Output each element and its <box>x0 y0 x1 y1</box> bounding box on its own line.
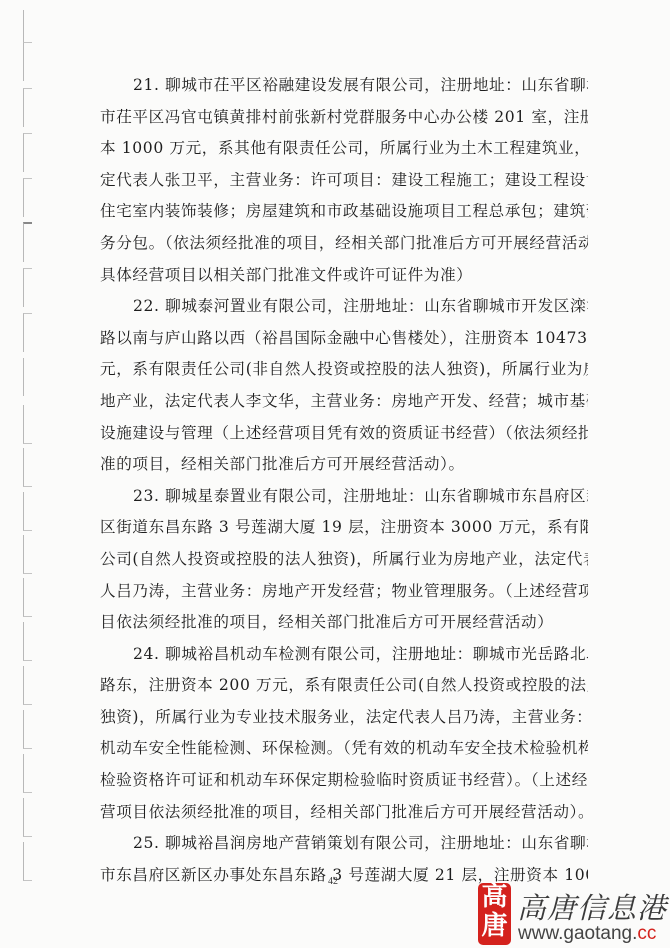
seal-char: 高 <box>478 883 511 912</box>
text-line: 25. 聊城裕昌润房地产营销策划有限公司，注册地址：山东省聊城 <box>100 828 588 860</box>
binding-mark <box>23 754 32 793</box>
binding-mark <box>23 88 32 127</box>
binding-mark <box>23 535 32 574</box>
binding-mark <box>23 405 32 444</box>
binding-mark <box>23 492 32 531</box>
text-line: 22. 聊城泰河置业有限公司，注册地址：山东省聊城市开发区滦河 <box>100 291 588 323</box>
url-main: www.gaotang. <box>518 923 637 944</box>
binding-mark <box>23 313 32 352</box>
seal-char: 唐 <box>478 912 511 941</box>
scanned-page: 21. 聊城市茌平区裕融建设发展有限公司，注册地址：山东省聊城 市茌平区冯官屯镇… <box>0 0 670 948</box>
binding-marks <box>23 0 37 948</box>
text-line: 住宅室内装饰装修；房屋建筑和市政基础设施项目工程总承包；建筑劳 <box>100 196 588 228</box>
binding-mark <box>23 133 32 172</box>
text-line: 设施建设与管理（上述经营项目凭有效的资质证书经营）（依法须经批 <box>100 418 588 450</box>
text-line: 路以南与庐山路以西（裕昌国际金融中心售楼处），注册资本 10473 万 <box>100 323 588 355</box>
text-line: 24. 聊城裕昌机动车检测有限公司，注册地址：聊城市光岳路北段 <box>100 639 588 671</box>
paragraph-24: 24. 聊城裕昌机动车检测有限公司，注册地址：聊城市光岳路北段 路东，注册资本 … <box>100 639 588 829</box>
text-line: 营项目依法须经批准的项目，经相关部门批准后方可开展经营活动）。 <box>100 797 588 829</box>
page-number: 42 <box>328 876 338 887</box>
paragraph-25: 25. 聊城裕昌润房地产营销策划有限公司，注册地址：山东省聊城 市东昌府区新区办… <box>100 828 588 891</box>
text-line: 务分包。（依法须经批准的项目，经相关部门批准后方可开展经营活动， <box>100 228 588 260</box>
binding-mark <box>23 842 32 881</box>
text-line: 定代表人张卫平，主营业务：许可项目：建设工程施工；建设工程设计； <box>100 165 588 197</box>
url-tld: cc <box>637 923 656 944</box>
text-line: 准的项目，经相关部门批准后方可开展经营活动）。 <box>100 449 588 481</box>
paragraph-21: 21. 聊城市茌平区裕融建设发展有限公司，注册地址：山东省聊城 市茌平区冯官屯镇… <box>100 70 588 291</box>
text-line: 人吕乃涛，主营业务：房地产开发经营；物业管理服务。（上述经营项 <box>100 576 588 608</box>
text-line: 市茌平区冯官屯镇黄排村前张新村党群服务中心办公楼 201 室，注册资 <box>100 102 588 134</box>
text-line: 地产业，法定代表人李文华，主营业务：房地产开发、经营；城市基础 <box>100 386 588 418</box>
text-line: 检验资格许可证和机动车环保定期检验临时资质证书经营）。（上述经 <box>100 765 588 797</box>
text-line: 21. 聊城市茌平区裕融建设发展有限公司，注册地址：山东省聊城 <box>100 70 588 102</box>
binding-mark <box>23 622 32 661</box>
document-body: 21. 聊城市茌平区裕融建设发展有限公司，注册地址：山东省聊城 市茌平区冯官屯镇… <box>100 70 588 891</box>
watermark-title: 高唐信息港 <box>517 886 667 927</box>
binding-mark <box>23 358 32 396</box>
watermark-url: www.gaotang.cc <box>518 923 656 945</box>
text-line: 具体经营项目以相关部门批准文件或许可证件为准） <box>100 260 588 292</box>
text-line: 路东，注册资本 200 万元，系有限责任公司(自然人投资或控股的法人 <box>100 670 588 702</box>
binding-mark <box>23 798 32 837</box>
text-line: 独资)，所属行业为专业技术服务业，法定代表人吕乃涛，主营业务： <box>100 702 588 734</box>
binding-mark <box>23 268 32 307</box>
watermark-logo: 高 唐 高唐信息港 www.gaotang.cc <box>470 883 670 945</box>
binding-mark <box>23 666 32 705</box>
text-line: 机动车安全性能检测、环保检测。（凭有效的机动车安全技术检验机构 <box>100 733 588 765</box>
binding-mark <box>23 448 32 487</box>
seal-icon: 高 唐 <box>478 883 511 945</box>
text-line: 区街道东昌东路 3 号莲湖大厦 19 层，注册资本 3000 万元，系有限责任 <box>100 512 588 544</box>
paragraph-23: 23. 聊城星泰置业有限公司，注册地址：山东省聊城市东昌府区新 区街道东昌东路 … <box>100 481 588 639</box>
binding-mark <box>23 222 32 262</box>
text-line: 目依法须经批准的项目，经相关部门批准后方可开展经营活动） <box>100 607 588 639</box>
binding-mark <box>23 178 32 217</box>
text-line: 公司(自然人投资或控股的法人独资)，所属行业为房地产业，法定代表 <box>100 544 588 576</box>
text-line: 元，系有限责任公司(非自然人投资或控股的法人独资)，所属行业为房 <box>100 354 588 386</box>
text-line: 本 1000 万元，系其他有限责任公司，所属行业为土木工程建筑业，法 <box>100 133 588 165</box>
text-line: 23. 聊城星泰置业有限公司，注册地址：山东省聊城市东昌府区新 <box>100 481 588 513</box>
paragraph-22: 22. 聊城泰河置业有限公司，注册地址：山东省聊城市开发区滦河 路以南与庐山路以… <box>100 291 588 481</box>
binding-mark <box>23 578 32 617</box>
binding-mark <box>23 710 32 749</box>
binding-mark <box>23 42 32 81</box>
